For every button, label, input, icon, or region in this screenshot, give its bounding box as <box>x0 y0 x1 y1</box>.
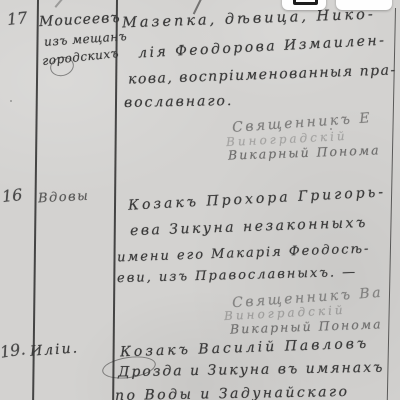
entry-line: Козакъ Прохора Григорь- <box>128 185 387 212</box>
ink-flourish <box>55 0 64 8</box>
scanned-register-page[interactable]: 17 Моисеевъ изъ мещанъ городскихъ Мазепк… <box>0 0 400 400</box>
entry-line: Мазепка, дѣвица, Нико- <box>122 8 376 31</box>
margin-note-line: Моисеевъ <box>39 11 121 29</box>
row-number: 17 <box>6 10 28 28</box>
entry-line: еви, изъ Православныхъ. — <box>117 266 358 285</box>
entry-line: вославнаго. <box>124 94 234 110</box>
entry-line: ева Зикуна незаконныхъ <box>130 216 368 238</box>
entry-line: по Воды и Задунайскаго <box>115 385 350 400</box>
entry-line: кова, воспріименованныя пра- <box>128 63 397 86</box>
row-number: 16 <box>1 187 23 205</box>
paper-speck <box>10 100 12 102</box>
signature-line: Викарный Понома <box>230 318 383 336</box>
margin-note-line: Вдовы <box>38 190 90 206</box>
signature-line: Викарный Понома <box>228 144 381 162</box>
toolbar-button-right[interactable] <box>336 0 392 10</box>
entry-line: имени его Макарія Феодосѣ- <box>117 243 371 265</box>
toolbar-button-square[interactable] <box>282 0 326 10</box>
entry-line: Дрозда и Зикуна въ имянахъ <box>118 361 385 380</box>
row-number: 19. <box>0 341 26 360</box>
square-outline-icon <box>293 0 318 5</box>
entry-line: лія Феодорова Измаилен- <box>138 34 387 61</box>
entry-line: Козакъ Василій Павловъ <box>120 337 370 360</box>
margin-note-line: Иліи. <box>30 341 80 358</box>
